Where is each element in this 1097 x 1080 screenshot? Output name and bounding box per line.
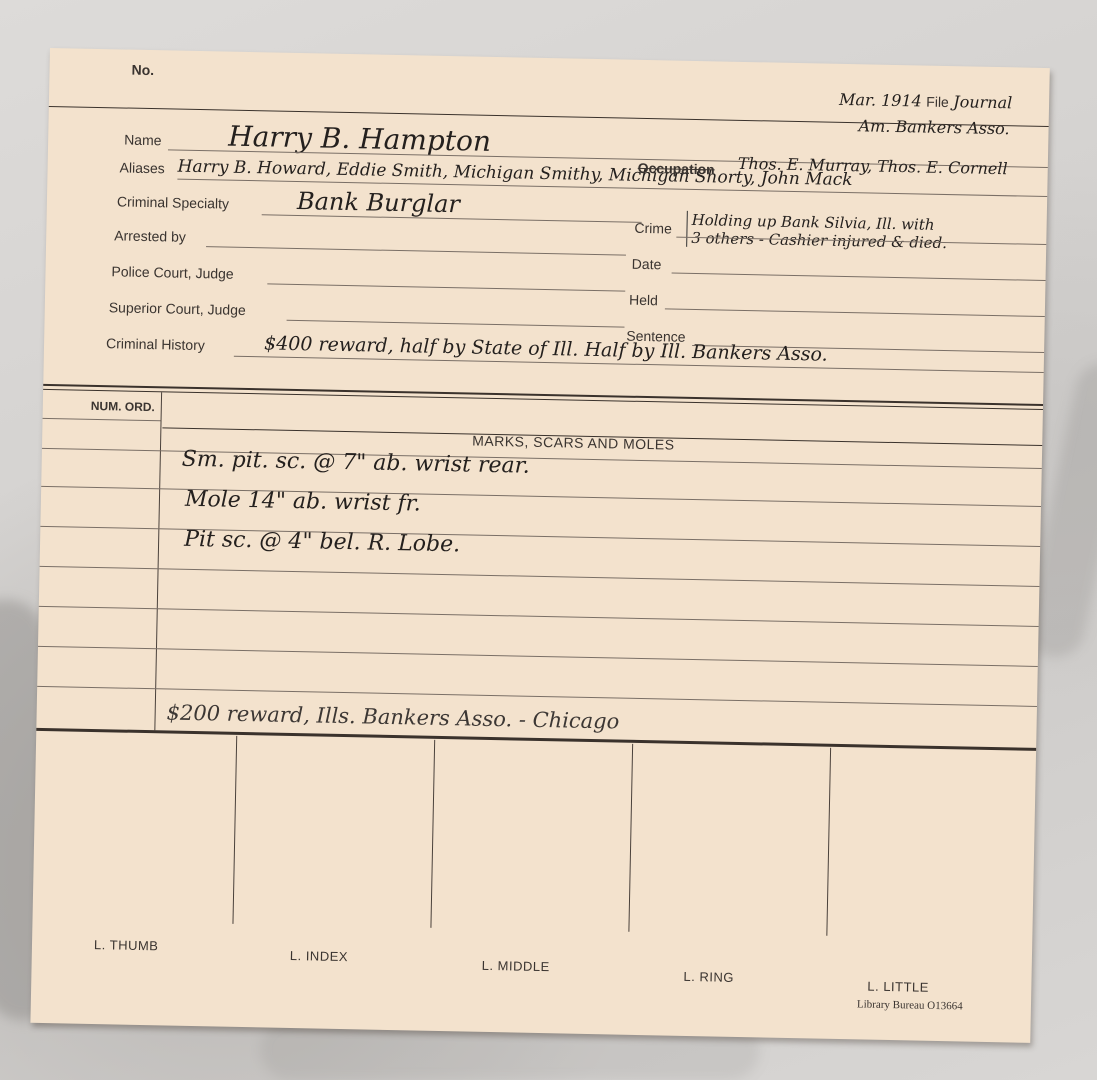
- ruled-line: [40, 566, 1040, 587]
- held-label: Held: [629, 292, 658, 309]
- section-divider-inner: [43, 389, 1043, 410]
- criminal-history-value: $400 reward, half by State of Ill. Half …: [264, 332, 828, 365]
- fingerprint-l-thumb: L. THUMB: [94, 937, 159, 953]
- ruled-line: [38, 646, 1038, 667]
- no-label: No.: [131, 62, 154, 78]
- criminal-record-card: No. Mar. 1914 File Journal Am. Bankers A…: [30, 48, 1049, 1043]
- fingerprint-divider: [430, 740, 435, 928]
- occupation-label: Occupation: [638, 160, 715, 178]
- arrested-by-rule: [206, 246, 626, 255]
- mark-entry-2: Mole 14" ab. wrist fr.: [185, 487, 421, 517]
- crime-value: Holding up Bank Silvia, Ill. with 3 othe…: [686, 211, 947, 252]
- file-note-association: Am. Bankers Asso.: [858, 116, 1009, 138]
- date-label: Date: [632, 256, 662, 273]
- reward-note: $200 reward, Ills. Bankers Asso. - Chica…: [166, 700, 619, 733]
- section-divider: [43, 384, 1043, 406]
- aliases-label: Aliases: [119, 159, 164, 176]
- criminal-history-label: Criminal History: [106, 335, 205, 353]
- arrested-by-label: Arrested by: [114, 227, 186, 244]
- num-ord-column-divider: [154, 392, 162, 730]
- ruled-line: [43, 418, 161, 421]
- mark-entry-3: Pit sc. @ 4" bel. R. Lobe.: [184, 527, 460, 558]
- superior-court-judge-label: Superior Court, Judge: [109, 299, 246, 318]
- held-rule: [665, 308, 1045, 317]
- file-note-date: Mar. 1914: [839, 90, 922, 111]
- police-court-judge-label: Police Court, Judge: [111, 263, 233, 281]
- name-label: Name: [124, 132, 162, 149]
- date-rule: [672, 273, 1046, 282]
- file-note: Mar. 1914 File Journal: [839, 90, 1013, 113]
- fingerprint-l-ring: L. RING: [683, 969, 734, 985]
- superior-court-rule: [287, 320, 625, 328]
- fingerprint-l-little: L. LITTLE: [867, 979, 929, 995]
- marks-heading: MARKS, SCARS AND MOLES: [472, 433, 675, 453]
- fingerprint-divider: [628, 744, 633, 932]
- file-label: File: [926, 94, 949, 110]
- criminal-specialty-value: Bank Burglar: [297, 187, 460, 218]
- ruled-line: [39, 606, 1039, 627]
- fingerprint-l-index: L. INDEX: [290, 948, 348, 964]
- num-ord-label: NUM. ORD.: [91, 399, 155, 414]
- police-court-rule: [267, 283, 625, 291]
- printer-imprint: Library Bureau O13664: [857, 998, 963, 1012]
- fingerprint-divider: [232, 736, 237, 924]
- crime-label: Crime: [634, 220, 672, 237]
- fingerprint-divider: [826, 748, 831, 936]
- mark-entry-1: Sm. pit. sc. @ 7" ab. wrist rear.: [182, 447, 530, 479]
- file-note-journal: Journal: [953, 92, 1012, 112]
- fingerprint-l-middle: L. MIDDLE: [482, 958, 550, 974]
- criminal-specialty-label: Criminal Specialty: [117, 193, 229, 211]
